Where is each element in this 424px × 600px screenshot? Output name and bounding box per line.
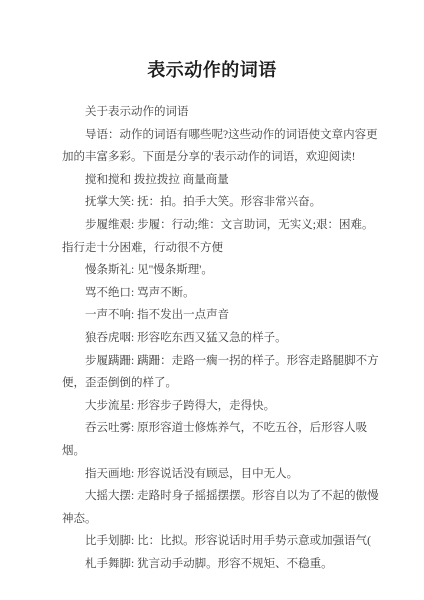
paragraph-idiom-bulvweijian: 步履维艰: 步履：行动;维：文言助词，无实义;艰：困难。指行走十分困难，行动很不…	[62, 214, 380, 259]
document-page: 表示动作的词语 关于表示动作的词语 导语：动作的词语有哪些呢?这些动作的词语使文…	[0, 0, 424, 600]
paragraph-idiom-zhashouwujiao: 札手舞脚: 犹言动手动脚。形容不规矩、不稳重。	[62, 553, 380, 576]
paragraph-idiom-dabuliuxing: 大步流星: 形容步子跨得大，走得快。	[62, 395, 380, 418]
paragraph-idiom-fuzhangdaxiao: 抚掌大笑: 抚：拍。拍手大笑。形容非常兴奋。	[62, 191, 380, 214]
paragraph-idiom-yishengbuxiang: 一声不响: 指不发出一点声音	[62, 304, 380, 327]
paragraph-word-list: 搅和搅和 拨拉拨拉 商量商量	[62, 169, 380, 192]
paragraph-idiom-dayaodabai: 大摇大摆: 走路时身子摇摇摆摆。形容自以为了不起的傲慢神态。	[62, 485, 380, 530]
paragraph-lead-in: 关于表示动作的词语	[62, 101, 380, 124]
paragraph-intro: 导语：动作的词语有哪些呢?这些动作的词语使文章内容更加的丰富多彩。下面是分享的'…	[62, 124, 380, 169]
paragraph-idiom-mabujuekou: 骂不绝口: 骂声不断。	[62, 282, 380, 305]
document-body: 关于表示动作的词语 导语：动作的词语有哪些呢?这些动作的词语使文章内容更加的丰富…	[62, 101, 380, 575]
paragraph-idiom-mantiaosili: 慢条斯礼: 见"慢条斯理'。	[62, 259, 380, 282]
paragraph-idiom-bishouhuajiao: 比手划脚: 比：比拟。形容说话时用手势示意或加强语气(	[62, 530, 380, 553]
paragraph-idiom-tunyuntuwu: 吞云吐雾: 原形容道士修炼养气，不吃五谷，后形容人吸烟。	[62, 417, 380, 462]
paragraph-idiom-langtunhuyan: 狼吞虎咽: 形容吃东西又猛又急的样子。	[62, 327, 380, 350]
page-title: 表示动作的词语	[0, 58, 424, 82]
paragraph-idiom-bulvpanshan: 步履蹒跚: 蹒跚：走路一瘸一拐的样子。形容走路腿脚不方便，歪歪倒倒的样了。	[62, 350, 380, 395]
paragraph-idiom-zhitianhuadi: 指天画地: 形容说话没有顾忌，目中无人。	[62, 463, 380, 486]
